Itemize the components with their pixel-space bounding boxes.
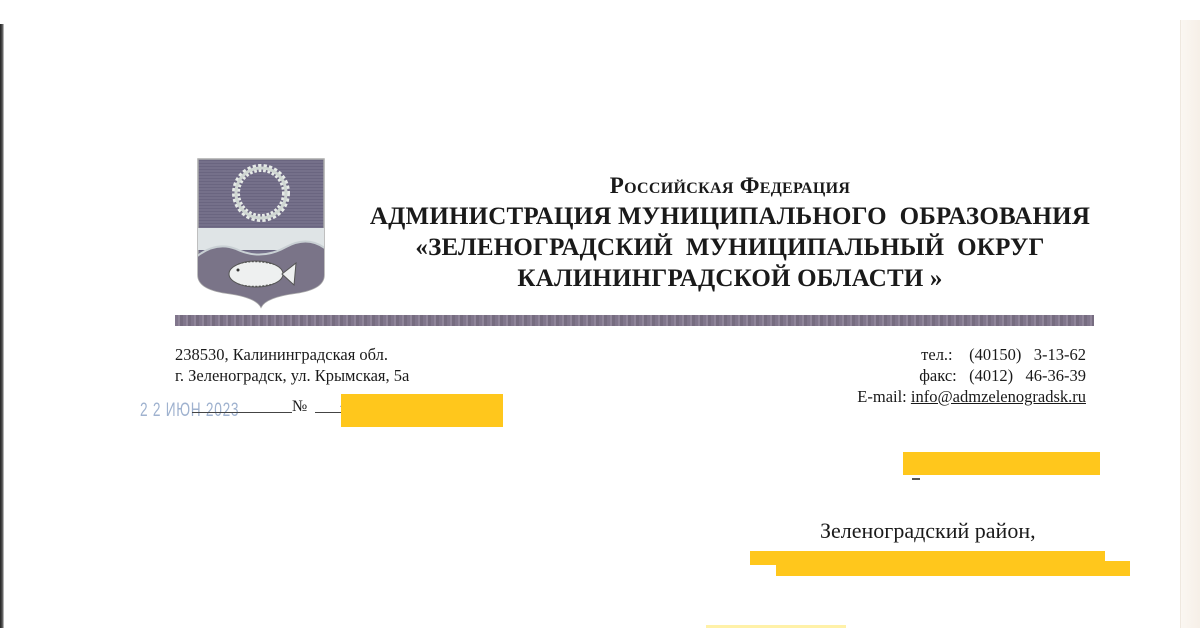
address-line-1: 238530, Калининградская обл.	[175, 344, 409, 365]
coat-of-arms-icon	[196, 157, 326, 309]
fax-row: факс: (4012) 46-36-39	[857, 365, 1086, 386]
header-administration: АДМИНИСТРАЦИЯ МУНИЦИПАЛЬНОГО ОБРАЗОВАНИЯ	[350, 201, 1110, 232]
redaction-recipient-line-1	[903, 452, 1100, 475]
header-municipality: «ЗЕЛЕНОГРАДСКИЙ МУНИЦИПАЛЬНЫЙ ОКРУГ	[350, 232, 1110, 263]
phone-row: тел.: (40150) 3-13-62	[857, 344, 1086, 365]
date-underline	[192, 412, 292, 413]
header-country: Российская Федерация	[350, 170, 1110, 201]
redaction-recipient-line-3b	[776, 561, 1130, 576]
date-stamp: 2 2 ИЮН 2023	[140, 400, 239, 422]
number-underline	[315, 412, 341, 413]
scan-page-edge-left	[0, 24, 4, 628]
fax-value: (4012) 46-36-39	[969, 366, 1086, 385]
sender-address: 238530, Калининградская обл. г. Зеленогр…	[175, 344, 409, 386]
address-line-2: г. Зеленоградск, ул. Крымская, 5а	[175, 365, 409, 386]
phone-label: тел.:	[921, 345, 952, 364]
header-region: КАЛИНИНГРАДСКОЙ ОБЛАСТИ »	[350, 263, 1110, 294]
email-row: E-mail: info@admzelenogradsk.ru	[857, 386, 1086, 407]
email-label: E-mail:	[857, 387, 906, 406]
recipient-text-fragment	[912, 478, 920, 480]
recipient-district: Зеленоградский район,	[820, 518, 1036, 544]
scan-page-edge-right	[1180, 20, 1200, 628]
contacts-block: тел.: (40150) 3-13-62 факс: (4012) 46-36…	[857, 344, 1086, 407]
letterhead-header: Российская Федерация АДМИНИСТРАЦИЯ МУНИЦ…	[350, 170, 1110, 294]
email-link[interactable]: info@admzelenogradsk.ru	[911, 387, 1086, 406]
redaction-number	[341, 394, 503, 427]
number-label: №	[292, 398, 307, 416]
phone-value: (40150) 3-13-62	[969, 345, 1086, 364]
fax-label: факс:	[919, 366, 957, 385]
header-separator	[175, 315, 1094, 326]
